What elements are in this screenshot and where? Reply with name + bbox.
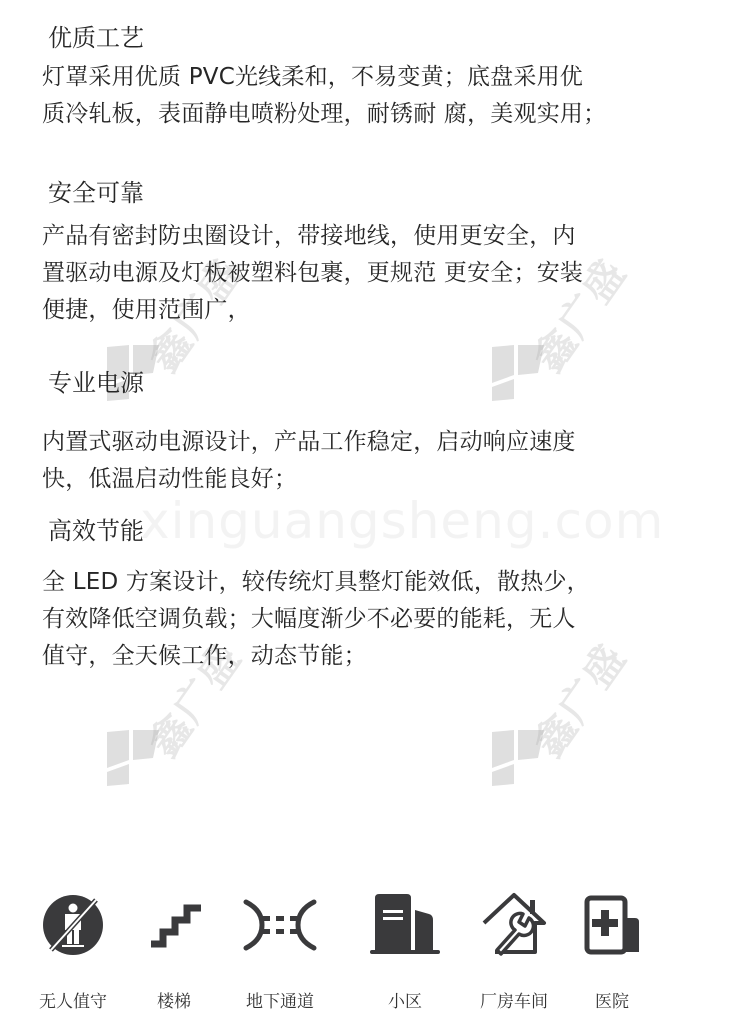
section-body-energy: 全 LED 方案设计，较传统灯具整灯能效低，散热少， 有效降低空调负载；大幅度渐… <box>42 564 682 675</box>
application-scenes: 无人值守 楼梯 地下通道 小区 <box>0 880 750 1030</box>
body-line: 内置式驱动电源设计，产品工作稳定，启动响应速度 <box>42 424 682 461</box>
scene-label: 医院 <box>557 987 667 1012</box>
body-line: 便捷，使用范围广， <box>42 292 682 329</box>
section-title-safety: 安全可靠 <box>48 178 144 208</box>
section-body-power: 内置式驱动电源设计，产品工作稳定，启动响应速度 快，低温启动性能良好； <box>42 424 682 498</box>
underpass-icon <box>240 890 320 960</box>
section-body-craft: 灯罩采用优质 PVC光线柔和，不易变黄；底盘采用优 质冷轧板，表面静电喷粉处理，… <box>42 59 682 133</box>
section-body-safety: 产品有密封防虫圈设计，带接地线，使用更安全，内 置驱动电源及灯板被塑料包裹，更规… <box>42 218 682 329</box>
section-title-energy: 高效节能 <box>48 516 144 546</box>
scene-label: 地下通道 <box>225 987 335 1012</box>
scene-label: 楼梯 <box>119 987 229 1012</box>
scene-label: 小区 <box>350 987 460 1012</box>
body-line: 质冷轧板，表面静电喷粉处理，耐锈耐 腐，美观实用； <box>42 96 682 133</box>
no-person-icon <box>38 890 108 960</box>
factory-wrench-icon <box>479 890 549 960</box>
body-line: 全 LED 方案设计，较传统灯具整灯能效低，散热少， <box>42 564 682 601</box>
body-line: 灯罩采用优质 PVC光线柔和，不易变黄；底盘采用优 <box>42 59 682 96</box>
stairs-icon <box>139 890 209 960</box>
watermark-url: xinguangsheng.com <box>140 492 664 550</box>
body-line: 值守，全天候工作，动态节能； <box>42 638 682 675</box>
scene-label: 无人值守 <box>18 987 128 1012</box>
body-line: 有效降低空调负载；大幅度渐少不必要的能耗，无人 <box>42 601 682 638</box>
section-title-power: 专业电源 <box>48 368 144 398</box>
body-line: 产品有密封防虫圈设计，带接地线，使用更安全，内 <box>42 218 682 255</box>
hospital-icon <box>577 890 647 960</box>
scene-label: 厂房车间 <box>459 987 569 1012</box>
section-title-craft: 优质工艺 <box>48 23 144 53</box>
body-line: 快，低温启动性能良好； <box>42 461 682 498</box>
residential-building-icon <box>367 890 443 960</box>
body-line: 置驱动电源及灯板被塑料包裹，更规范 更安全；安装 <box>42 255 682 292</box>
